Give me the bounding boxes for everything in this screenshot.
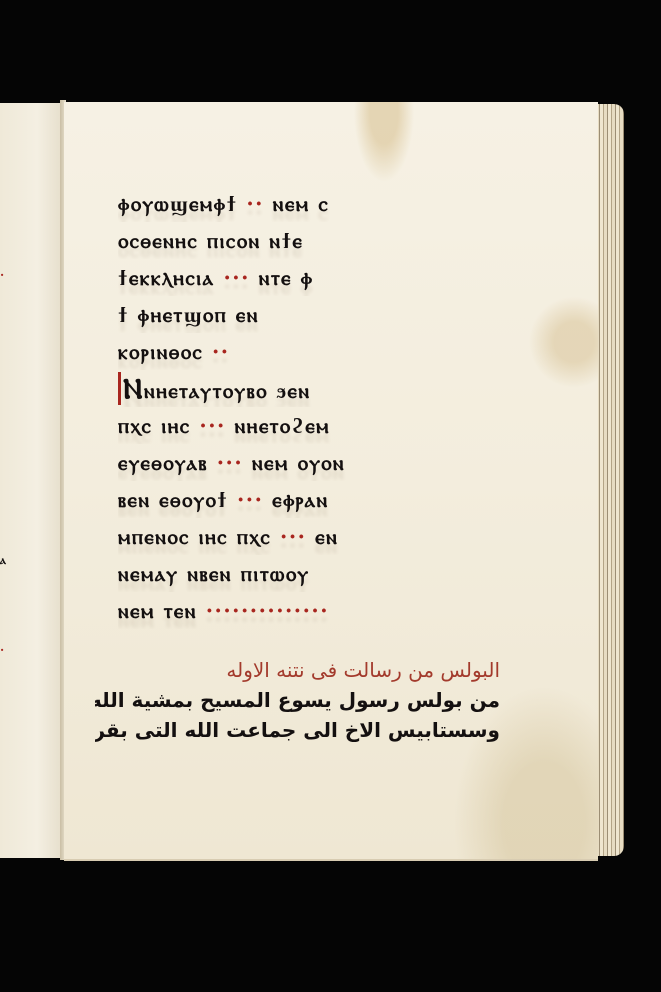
arabic-line: وسستابيس الاخ الى جماعت الله التى بقرنتي… [95, 715, 500, 745]
coptic-line: ϯⲉⲕⲕⲗⲏⲥⲓⲁ ··· ⲛⲧⲉ ⲫ [118, 259, 503, 296]
left-page-fragment: · ⲁ · [0, 103, 63, 858]
left-page-ink-mark: · [0, 643, 4, 657]
arabic-line: من بولس رسول يسوع المسيح بمشية الله [95, 685, 500, 715]
coptic-line: ⲛⲉⲙⲁⲩ ⲛⲃⲉⲛ ⲡⲓⲧⲱⲟⲩ [118, 555, 503, 592]
coptic-line: ϯ ⲫⲏⲉⲧϣⲟⲡ ⲉⲛ [118, 296, 503, 333]
left-page-ink-mark: ⲁ [0, 553, 6, 568]
page-edges [596, 104, 624, 856]
arabic-text-block: البولس من رسالت فى نتنه الاوله من بولس ر… [95, 655, 500, 745]
coptic-text-block: ⲫⲟⲩⲱϣⲉⲙⲫϯ ·· ⲛⲉⲙ ⲥ ⲟⲥⲑⲉⲛⲏⲥ ⲡⲓⲥⲟⲛ ⲛϯⲉ ϯⲉⲕ… [118, 185, 503, 629]
manuscript-photo: · ⲁ · ⲫⲟⲩⲱϣⲉⲙⲫϯ ·· ⲛⲉⲙ ⲥ ⲟⲥⲑⲉⲛⲏⲥ ⲡⲓⲥⲟⲛ ⲛ… [0, 0, 661, 992]
coptic-line: ⲫⲟⲩⲱϣⲉⲙⲫϯ ·· ⲛⲉⲙ ⲥ [118, 185, 503, 222]
coptic-line: ⲉⲩⲉⲑⲟⲩⲁⲃ ··· ⲛⲉⲙ ⲟⲩⲟⲛ [118, 444, 503, 481]
left-page-ink-mark: · [0, 268, 4, 282]
coptic-line-with-initial: Ⲛⲛⲏⲉⲧⲁⲩⲧⲟⲩⲃⲟ ϧⲉⲛ [118, 370, 503, 407]
coptic-line: ⲕⲟⲣⲓⲛⲑⲟⲥ ·· [118, 333, 503, 370]
arabic-rubric-title: البولس من رسالت فى نتنه الاوله [95, 655, 500, 685]
coptic-line: ⲛⲉⲙ ⲧⲉⲛ ·············· [118, 592, 503, 629]
coptic-line: ⲃⲉⲛ ⲉⲑⲟⲩⲟϯ ··· ⲉⲫⲣⲁⲛ [118, 481, 503, 518]
coptic-line: ⲙⲡⲉⲛⲟⲥ ⲓⲏⲥ ⲡⲭⲥ ··· ⲉⲛ [118, 518, 503, 555]
decorated-initial: Ⲛ [118, 372, 144, 405]
coptic-line: ⲡⲭⲥ ⲓⲏⲥ ··· ⲛⲏⲉⲧⲟϩⲉⲙ [118, 407, 503, 444]
coptic-line: ⲟⲥⲑⲉⲛⲏⲥ ⲡⲓⲥⲟⲛ ⲛϯⲉ [118, 222, 503, 259]
